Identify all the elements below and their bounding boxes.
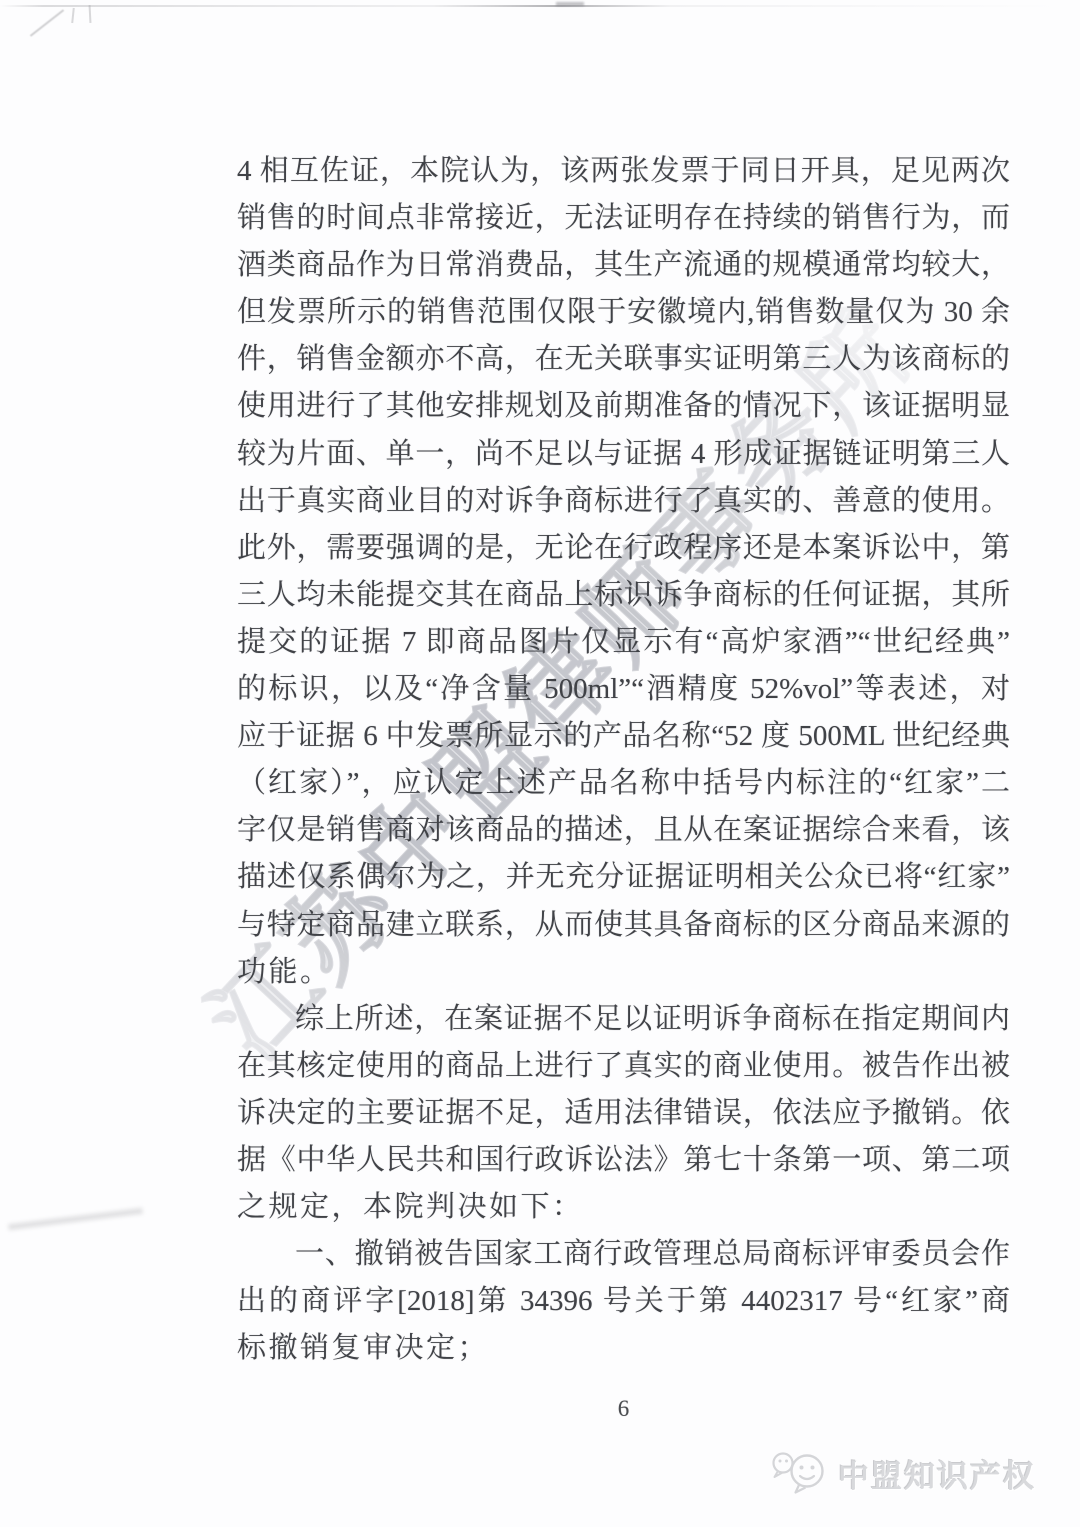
scan-artifact-top-dot [556, 2, 584, 6]
document-line: 一、撤销被告国家工商行政管理总局商标评审委员会作 [237, 1231, 1010, 1278]
page-number: 6 [237, 1396, 1010, 1422]
document-line: 出于真实商业目的对诉争商标进行了真实的、善意的使用。 [237, 478, 1010, 525]
document-line: 4 相互佐证，本院认为，该两张发票于同日开具，足见两次 [237, 148, 1010, 195]
document-line: 件，销售金额亦不高，在无关联事实证明第三人为该商标的 [237, 336, 1010, 383]
document-page: 江苏中盟律师事务所 4 相互佐证，本院认为，该两张发票于同日开具，足见两次销售的… [0, 0, 1080, 1527]
document-line: 在其核定使用的商品上进行了真实的商业使用。被告作出被 [237, 1043, 1010, 1090]
document-line: 但发票所示的销售范围仅限于安徽境内,销售数量仅为 30 余 [237, 289, 1010, 336]
document-line: 三人均未能提交其在商品上标识诉争商标的任何证据，其所 [237, 572, 1010, 619]
document-line: 此外，需要强调的是，无论在行政程序还是本案诉讼中，第 [237, 525, 1010, 572]
document-line: 标撤销复审决定； [237, 1325, 1010, 1372]
document-line: 与特定商品建立联系，从而使其具备商标的区分商品来源的 [237, 902, 1010, 949]
document-line: 提交的证据 7 即商品图片仅显示有“高炉家酒”“世纪经典” [237, 619, 1010, 666]
document-line: 据《中华人民共和国行政诉讼法》第七十条第一项、第二项 [237, 1137, 1010, 1184]
scan-artifact-tick [71, 8, 75, 23]
document-line: 诉决定的主要证据不足，适用法律错误，依法应予撤销。依 [237, 1090, 1010, 1137]
chat-bubbles-logo-icon [768, 1448, 830, 1498]
document-line: 销售的时间点非常接近，无法证明存在持续的销售行为，而 [237, 195, 1010, 242]
document-line: 使用进行了其他安排规划及前期准备的情况下，该证据明显 [237, 383, 1010, 430]
document-line: 描述仅系偶尔为之，并无充分证据证明相关公众已将“红家” [237, 854, 1010, 901]
scan-artifact-pencil-slash [30, 9, 64, 36]
footer-logo-text: 中盟知识产权 [838, 1451, 1036, 1496]
scan-artifact-tick [89, 5, 92, 23]
document-line: 字仅是销售商对该商品的描述，且从在案证据综合来看，该 [237, 807, 1010, 854]
document-line: （红家）”，应认定上述产品名称中括号内标注的“红家”二 [237, 760, 1010, 807]
document-line: 应于证据 6 中发票所显示的产品名称“52 度 500ML 世纪经典 [237, 713, 1010, 760]
document-line: 酒类商品作为日常消费品，其生产流通的规模通常均较大， [237, 242, 1010, 289]
scan-artifact-top-edge [0, 5, 1080, 7]
judgment-text: 4 相互佐证，本院认为，该两张发票于同日开具，足见两次销售的时间点非常接近，无法… [237, 148, 1010, 1372]
scan-artifact-left-smudge [8, 1208, 143, 1230]
document-line: 出的商评字[2018]第 34396 号关于第 4402317 号“红家”商 [237, 1278, 1010, 1325]
document-line: 功能。 [237, 949, 1010, 996]
document-line: 较为片面、单一，尚不足以与证据 4 形成证据链证明第三人 [237, 431, 1010, 478]
document-line: 之规定，本院判决如下： [237, 1184, 1010, 1231]
document-line: 综上所述，在案证据不足以证明诉争商标在指定期间内 [237, 996, 1010, 1043]
footer-logo: 中盟知识产权 [768, 1448, 1036, 1498]
document-line: 的标识，以及“净含量 500ml”“酒精度 52%vol”等表述，对 [237, 666, 1010, 713]
